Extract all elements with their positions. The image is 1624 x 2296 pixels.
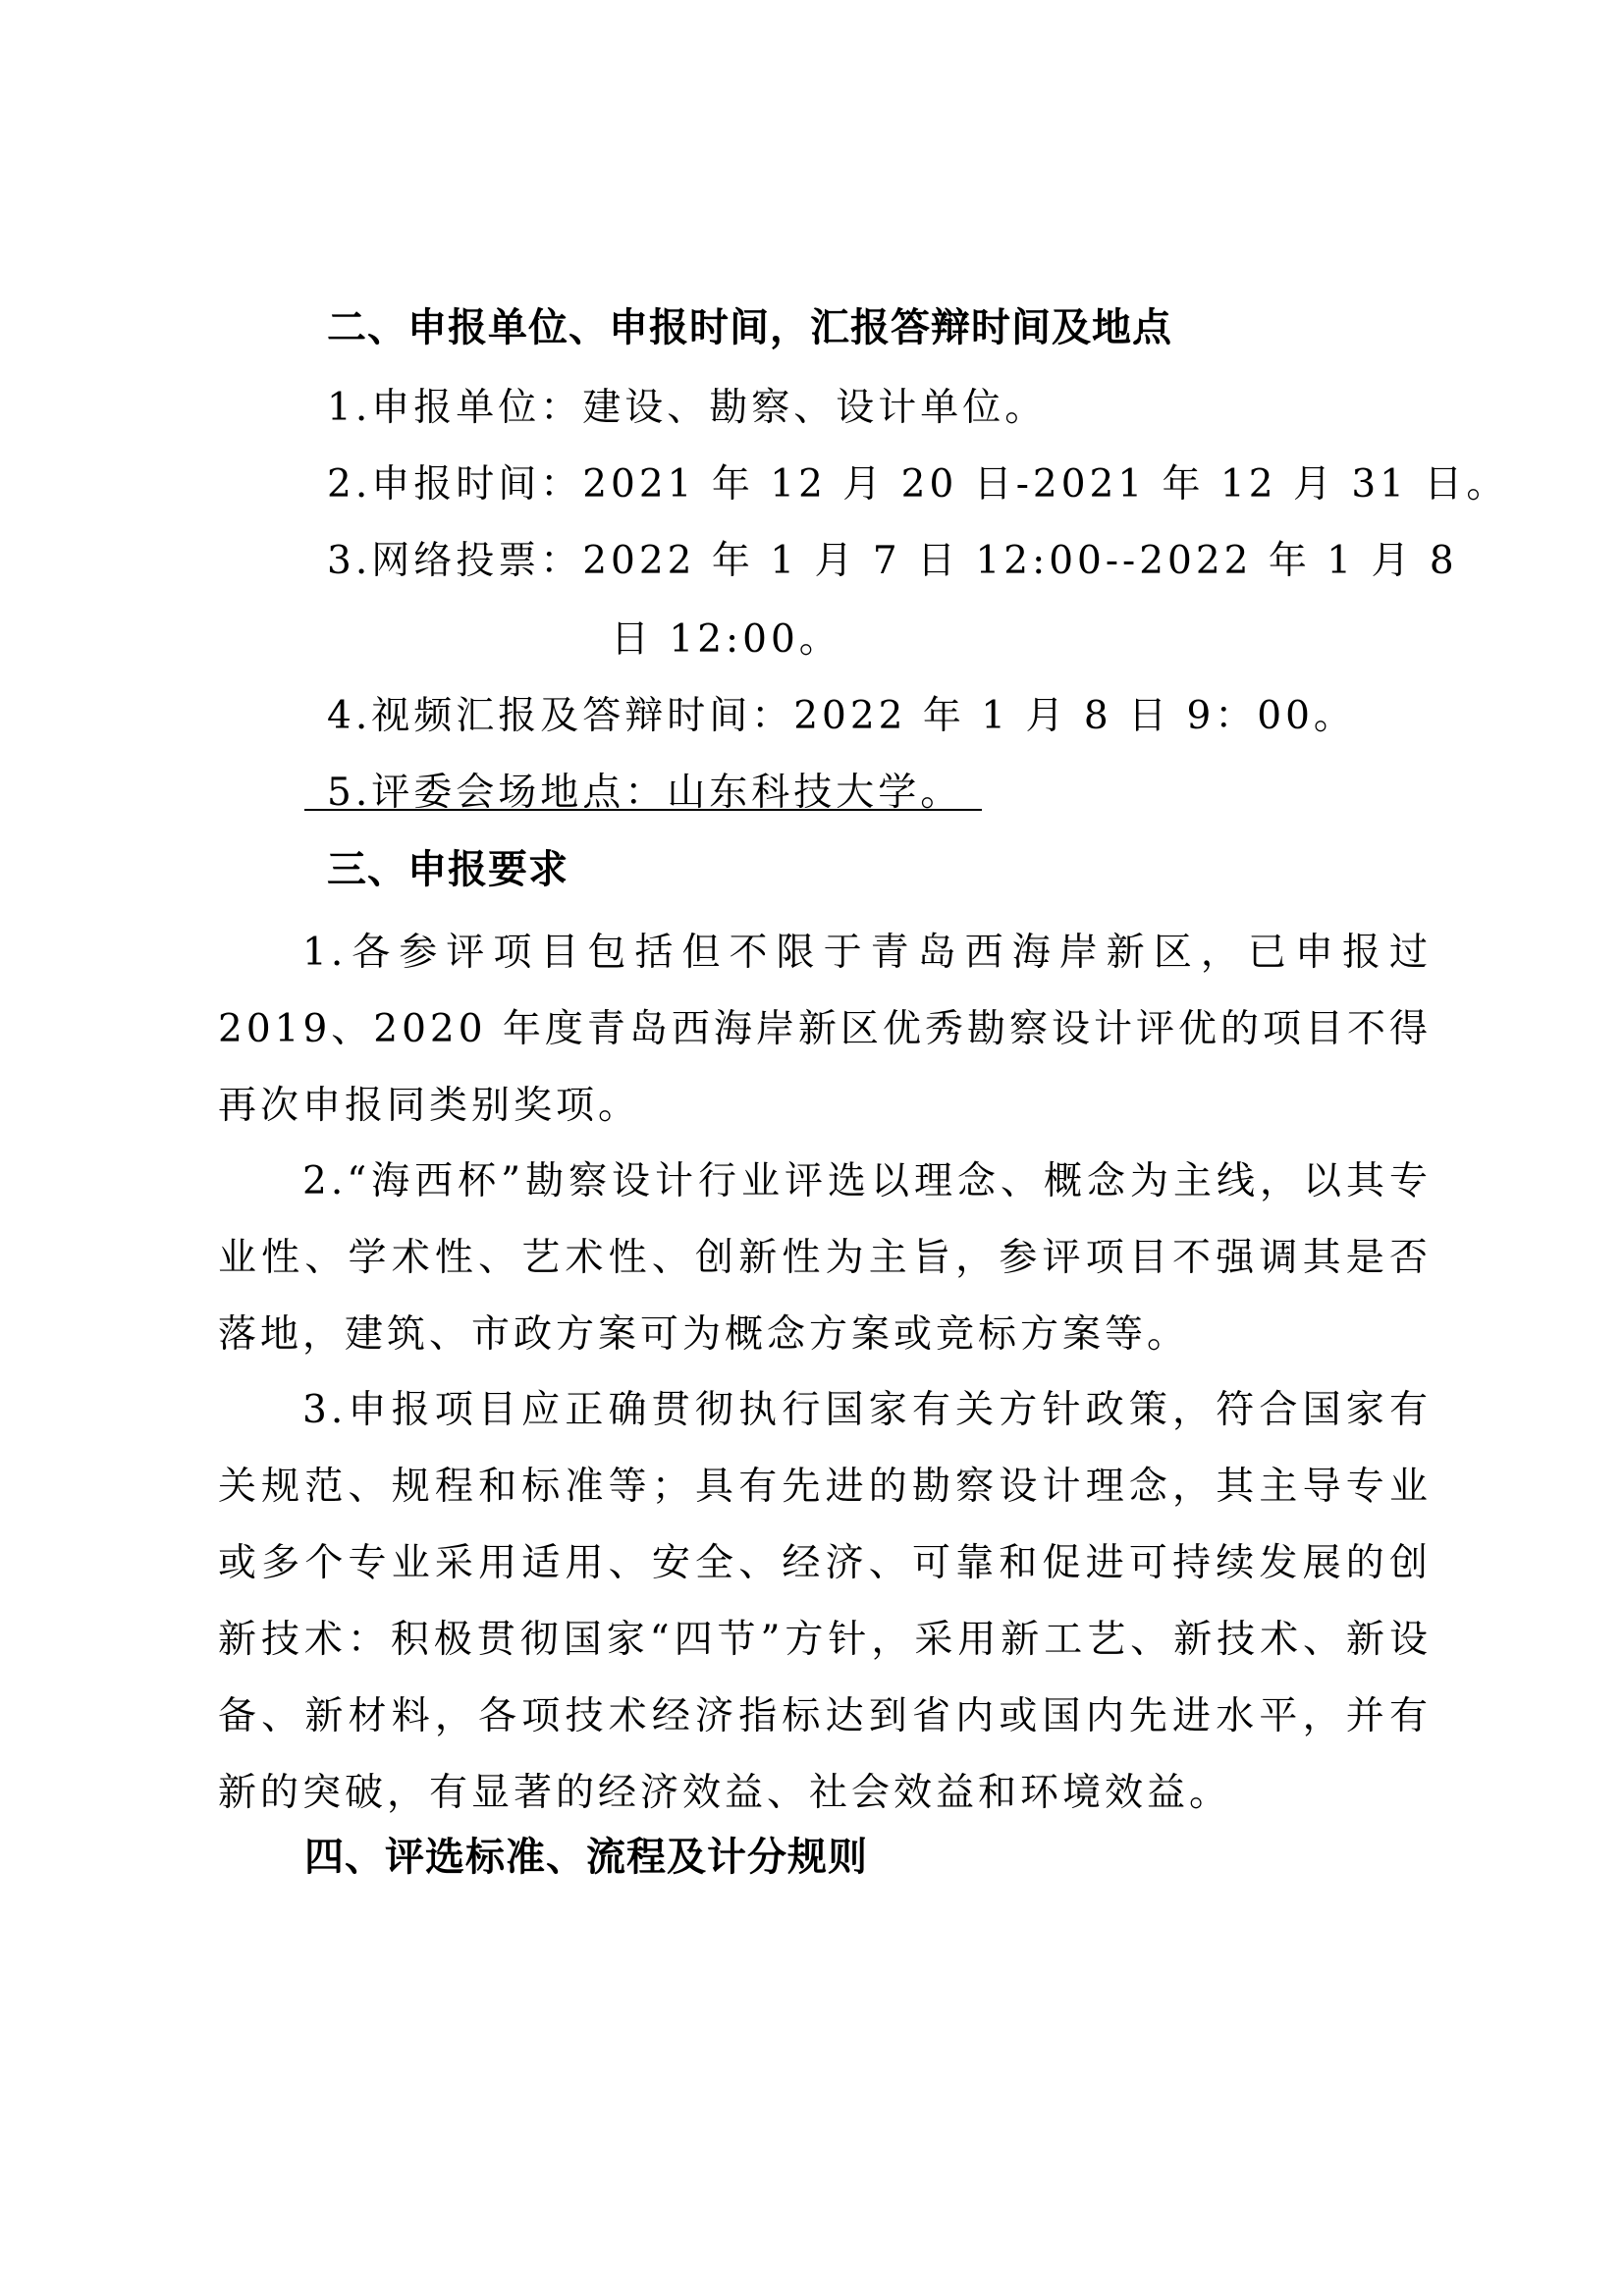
requirement-paragraph-2: 2.“海西杯”勘察设计行业评选以理念、概念为主线，以其专业性、学术性、艺术性、创… bbox=[218, 1144, 1432, 1373]
item-application-period: 2.申报时间：2021 年 12 月 20 日-2021 年 12 月 31 日… bbox=[327, 461, 1508, 508]
venue-underline bbox=[304, 809, 982, 811]
item-applicant-units: 1.申报单位：建设、勘察、设计单位。 bbox=[327, 385, 1047, 432]
section-2-heading: 二、申报单位、申报时间，汇报答辩时间及地点 bbox=[327, 304, 1172, 351]
section-4-heading: 四、评选标准、流程及计分规则 bbox=[304, 1834, 868, 1881]
item-online-voting: 3.网络投票：2022 年 1 月 7 日 12:00--2022 年 1 月 … bbox=[327, 538, 1458, 585]
item-online-voting-continued: 日 12:00。 bbox=[611, 616, 841, 664]
section-3-heading: 三、申报要求 bbox=[327, 846, 568, 893]
requirement-paragraph-1: 1.各参评项目包括但不限于青岛西海岸新区，已申报过2019、2020 年度青岛西… bbox=[218, 915, 1432, 1145]
requirement-paragraph-3: 3.申报项目应正确贯彻执行国家有关方针政策，符合国家有关规范、规程和标准等；具有… bbox=[218, 1372, 1432, 1832]
item-video-presentation-time: 4.视频汇报及答辩时间：2022 年 1 月 8 日 9：00。 bbox=[327, 693, 1356, 740]
